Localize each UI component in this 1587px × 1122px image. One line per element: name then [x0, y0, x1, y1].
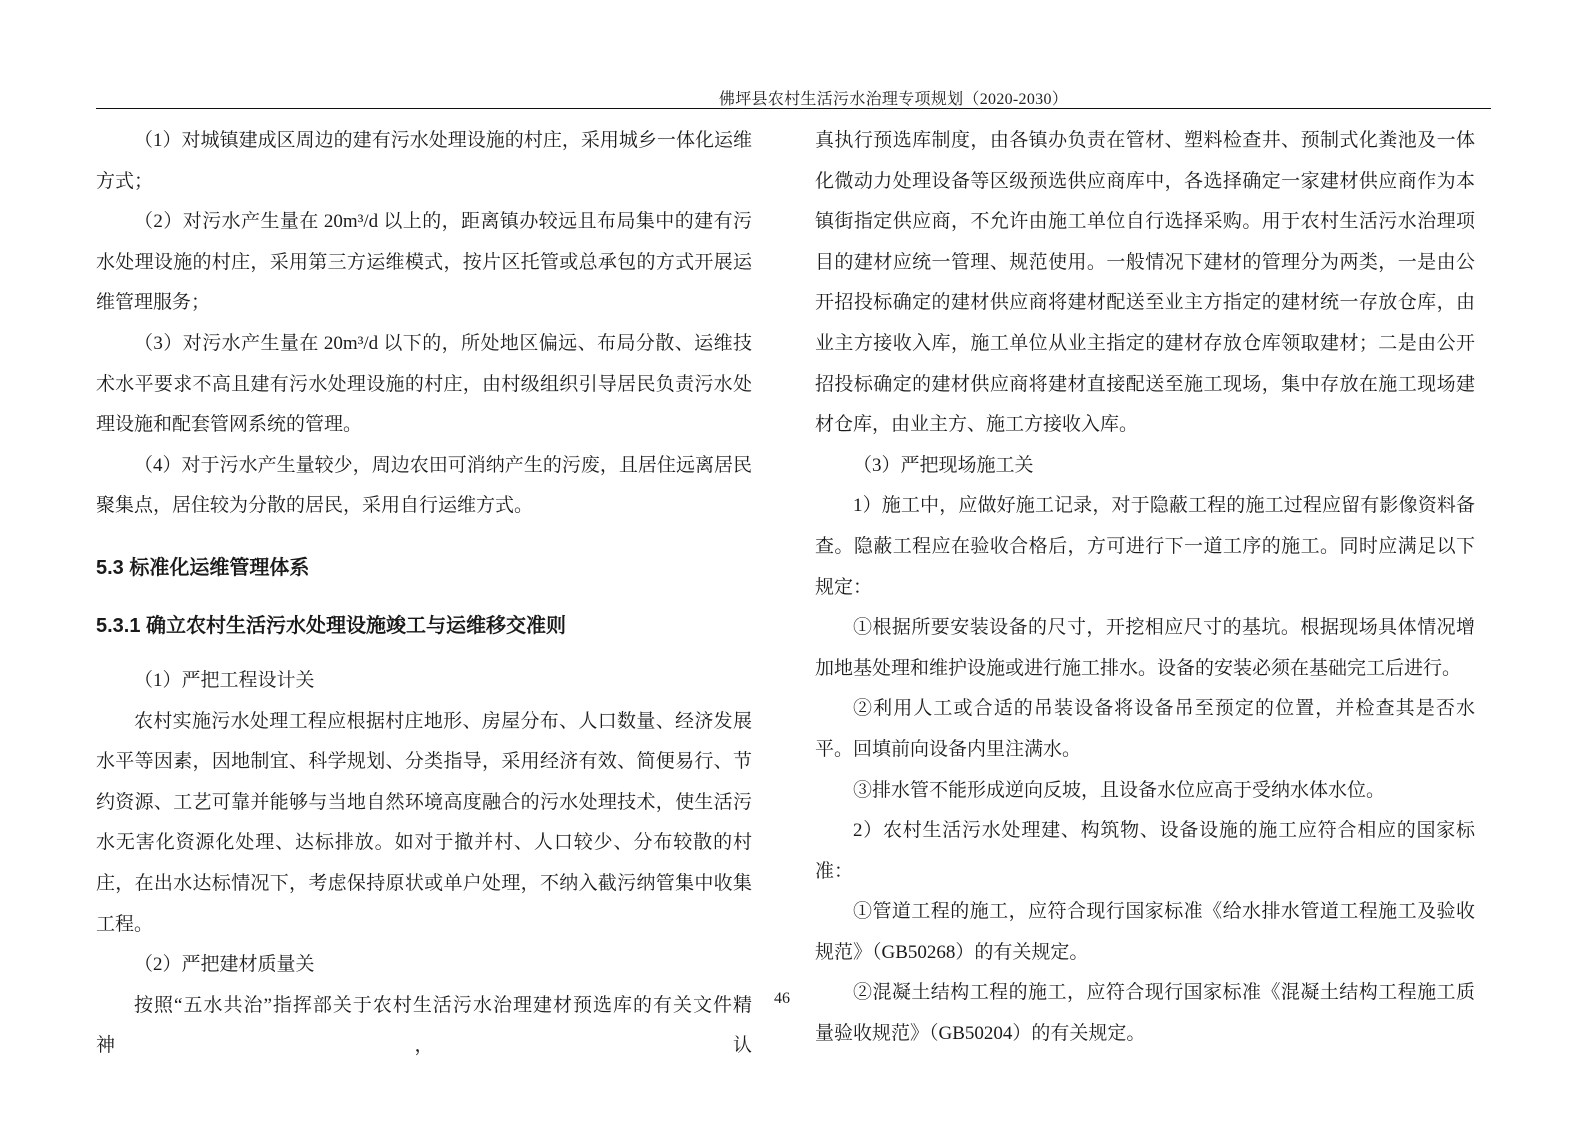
paragraph-ops-mode-4: （4）对于污水产生量较少，周边农田可消纳产生的污废，且居住远离居民聚集点，居住较… — [96, 446, 752, 527]
paragraph-standard-gb50204: ②混凝土结构工程的施工，应符合现行国家标准《混凝土结构工程施工质量验收规范》（G… — [815, 973, 1475, 1054]
paragraph-construction-records: 1）施工中，应做好施工记录，对于隐蔽工程的施工过程应留有影像资料备查。隐蔽工程应… — [815, 486, 1475, 608]
subsection-heading: 5.3.1 确立农村生活污水处理设施竣工与运维移交准则 — [96, 597, 752, 655]
paragraph-ops-mode-3: （3）对污水产生量在 20m³/d 以下的，所处地区偏远、布局分散、运维技术水平… — [96, 324, 752, 446]
paragraph-rule-1: ①根据所要安装设备的尺寸，开挖相应尺寸的基坑。根据现场具体情况增加地基处理和维护… — [815, 608, 1475, 689]
paragraph-design-control: 农村实施污水处理工程应根据村庄地形、房屋分布、人口数量、经济发展水平等因素，因地… — [96, 702, 752, 946]
paragraph-rule-3: ③排水管不能形成逆向反坡，且设备水位应高于受纳水体水位。 — [815, 771, 1475, 812]
paragraph-material-control-cont: 真执行预选库制度，由各镇办负责在管材、塑料检查井、预制式化粪池及一体化微动力处理… — [815, 121, 1475, 446]
paragraph-national-standards: 2）农村生活污水处理建、构筑物、设备设施的施工应符合相应的国家标准： — [815, 811, 1475, 892]
paragraph-rule-2: ②利用人工或合适的吊装设备将设备吊至预定的位置，并检查其是否水平。回填前向设备内… — [815, 689, 1475, 770]
header-divider — [96, 108, 1491, 109]
paragraph-standard-gb50268: ①管道工程的施工，应符合现行国家标准《给水排水管道工程施工及验收规范》（GB50… — [815, 892, 1475, 973]
item-design-control-heading: （1）严把工程设计关 — [96, 661, 752, 702]
item-site-control-heading: （3）严把现场施工关 — [815, 446, 1475, 487]
section-heading: 5.3 标准化运维管理体系 — [96, 539, 752, 597]
paragraph-ops-mode-2: （2）对污水产生量在 20m³/d 以上的，距离镇办较远且布局集中的建有污水处理… — [96, 202, 752, 324]
right-column: 真执行预选库制度，由各镇办负责在管材、塑料检查井、预制式化粪池及一体化微动力处理… — [815, 121, 1475, 1055]
item-material-control-heading: （2）严把建材质量关 — [96, 945, 752, 986]
left-column: （1）对城镇建成区周边的建有污水处理设施的村庄，采用城乡一体化运维方式； （2）… — [96, 121, 752, 1067]
paragraph-material-control-start: 按照“五水共治”指挥部关于农村生活污水治理建材预选库的有关文件精神，认 — [96, 986, 752, 1067]
document-header-title: 佛坪县农村生活污水治理专项规划（2020-2030） — [0, 86, 1587, 109]
paragraph-ops-mode-1: （1）对城镇建成区周边的建有污水处理设施的村庄，采用城乡一体化运维方式； — [96, 121, 752, 202]
page-number: 46 — [774, 990, 790, 1008]
